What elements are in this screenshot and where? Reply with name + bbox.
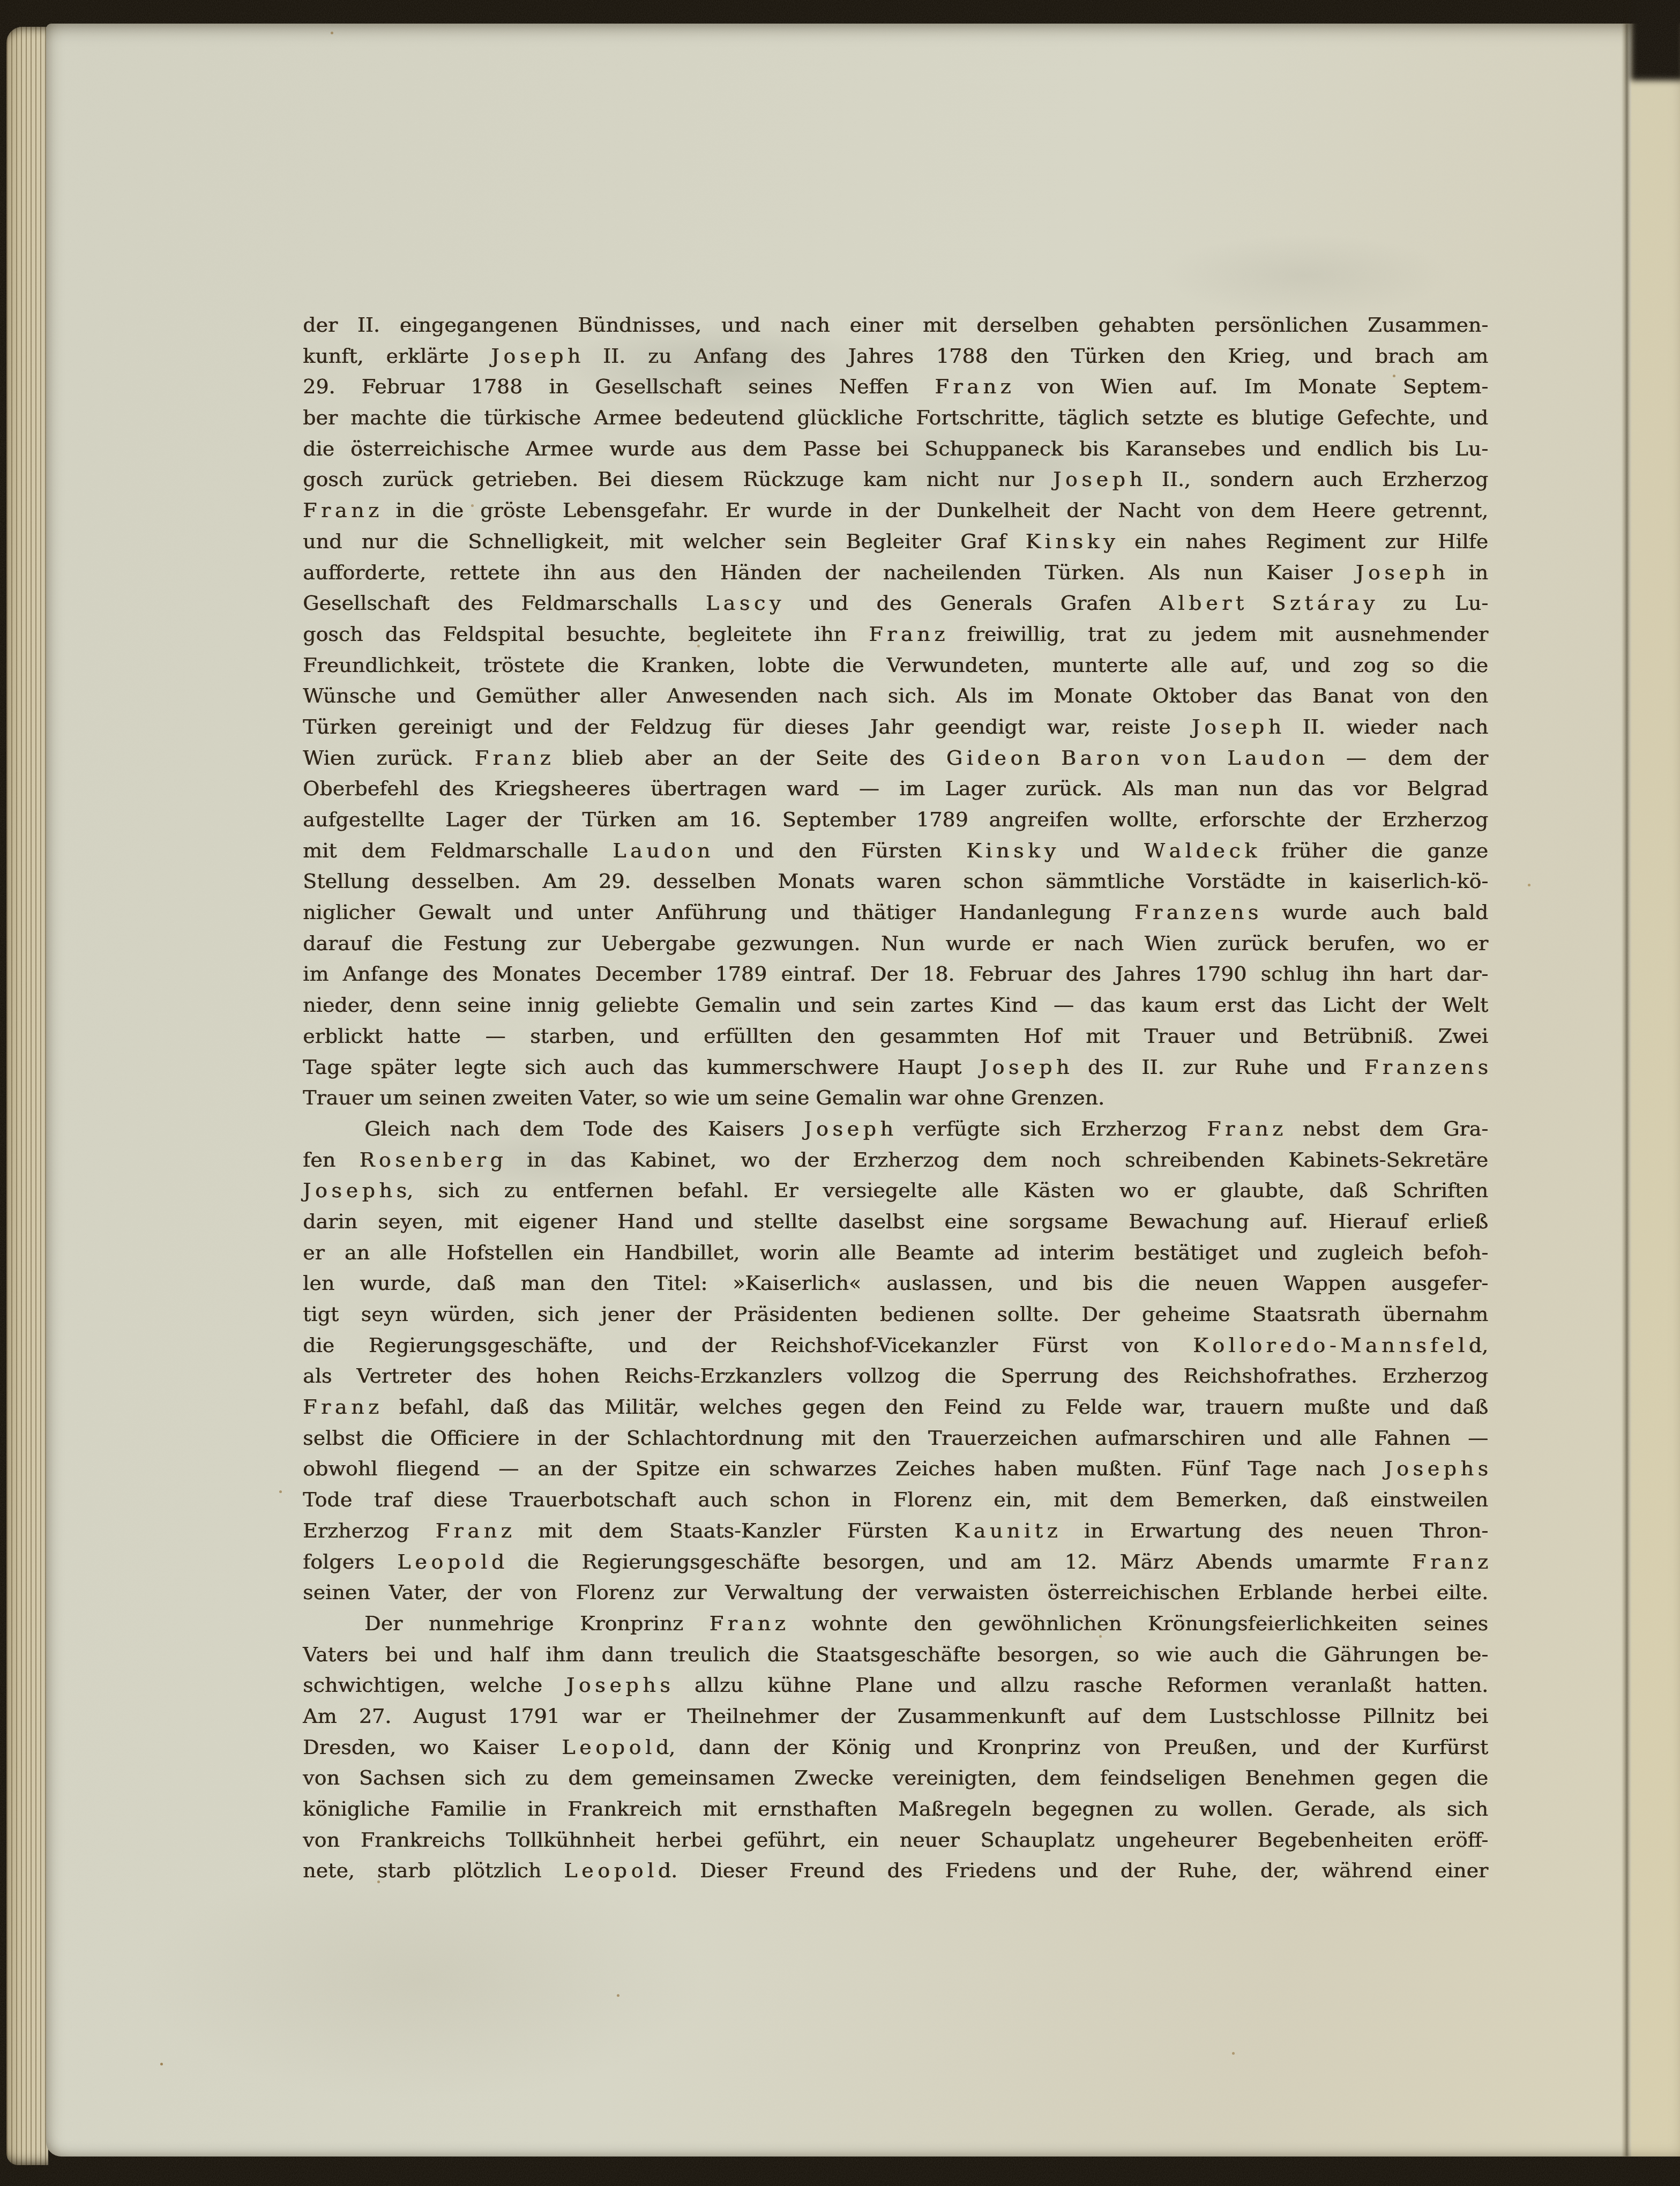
text-line: kunft, erklärte J o s e p h II. zu Anfan… [303, 341, 1488, 372]
text-line: nete, starb plötzlich L e o p o l d. Die… [303, 1855, 1488, 1886]
book-page-edges [6, 27, 48, 2165]
text-line: Der nunmehrige Kronprinz F r a n z wohnt… [303, 1608, 1488, 1639]
text-line: Vaters bei und half ihm dann treulich di… [303, 1639, 1488, 1670]
text-line: ber machte die türkische Armee bedeutend… [303, 402, 1488, 434]
text-line: 29. Februar 1788 in Gesellschaft seines … [303, 371, 1488, 402]
text-line: erblickt hatte — starben, und erfüllten … [303, 1021, 1488, 1052]
text-line: niglicher Gewalt und unter Anführung und… [303, 897, 1488, 928]
text-line: folgers L e o p o l d die Regierungsgesc… [303, 1547, 1488, 1578]
paragraph: der II. eingegangenen Bündnisses, und na… [303, 310, 1488, 1114]
text-line: die Regierungsgeschäfte, und der Reichsh… [303, 1330, 1488, 1361]
text-line: und nur die Schnelligkeit, mit welcher s… [303, 526, 1488, 557]
text-line: aufgestellte Lager der Türken am 16. Sep… [303, 804, 1488, 835]
text-line: J o s e p h s, sich zu entfernen befahl.… [303, 1175, 1488, 1206]
paragraph: Gleich nach dem Tode des Kaisers J o s e… [303, 1114, 1488, 1608]
text-line: selbst die Officiere in der Schlachtordn… [303, 1423, 1488, 1454]
paragraph: Der nunmehrige Kronprinz F r a n z wohnt… [303, 1608, 1488, 1886]
text-line: schwichtigen, welche J o s e p h s allzu… [303, 1670, 1488, 1701]
text-line: Türken gereinigt und der Feldzug für die… [303, 712, 1488, 743]
text-line: F r a n z befahl, daß das Militär, welch… [303, 1392, 1488, 1423]
text-line: mit dem Feldmarschalle L a u d o n und d… [303, 835, 1488, 867]
text-line: Oberbefehl des Kriegsheeres übertragen w… [303, 773, 1488, 804]
text-line: fen R o s e n b e r g in das Kabinet, wo… [303, 1145, 1488, 1176]
text-line: seinen Vater, der von Florenz zur Verwal… [303, 1577, 1488, 1608]
text-line: Wien zurück. F r a n z blieb aber an der… [303, 743, 1488, 774]
text-line: Freundlichkeit, tröstete die Kranken, lo… [303, 650, 1488, 681]
binding-shadow-top-right [1631, 0, 1680, 80]
text-line: er an alle Hofstellen ein Handbillet, wo… [303, 1237, 1488, 1269]
text-line: als Vertreter des hohen Reichs-Erzkanzle… [303, 1361, 1488, 1392]
text-line: aufforderte, rettete ihn aus den Händen … [303, 557, 1488, 588]
text-line: Stellung desselben. Am 29. desselben Mon… [303, 866, 1488, 897]
text-line: Dresden, wo Kaiser L e o p o l d, dann d… [303, 1732, 1488, 1763]
text-line: tigt seyn würden, sich jener der Präside… [303, 1299, 1488, 1330]
text-line: die österreichische Armee wurde aus dem … [303, 434, 1488, 465]
text-line: Gesellschaft des Feldmarschalls L a s c … [303, 588, 1488, 619]
text-line: F r a n z in die gröste Lebensgefahr. Er… [303, 495, 1488, 526]
page-gutter-fold [1622, 24, 1631, 2157]
text-line: Wünsche und Gemüther aller Anwesenden na… [303, 681, 1488, 712]
text-line: darauf die Festung zur Uebergabe gezwung… [303, 928, 1488, 959]
text-line: gosch das Feldspital besuchte, begleitet… [303, 619, 1488, 650]
text-line: gosch zurück getrieben. Bei diesem Rückz… [303, 464, 1488, 495]
text-line: von Sachsen sich zu dem gemeinsamen Zwec… [303, 1763, 1488, 1794]
text-line: der II. eingegangenen Bündnisses, und na… [303, 310, 1488, 341]
text-line: Tage später legte sich auch das kummersc… [303, 1052, 1488, 1083]
text-line: len wurde, daß man den Titel: »Kaiserlic… [303, 1268, 1488, 1299]
adjacent-page-strip [1631, 24, 1680, 2157]
page-text: der II. eingegangenen Bündnisses, und na… [303, 310, 1488, 1886]
text-line: königliche Familie in Frankreich mit ern… [303, 1794, 1488, 1825]
text-line: Erzherzog F r a n z mit dem Staats-Kanzl… [303, 1516, 1488, 1547]
text-line: Gleich nach dem Tode des Kaisers J o s e… [303, 1114, 1488, 1145]
text-line: von Frankreichs Tollkühnheit herbei gefü… [303, 1825, 1488, 1856]
text-line: darin seyen, mit eigener Hand und stellt… [303, 1206, 1488, 1237]
text-line: Tode traf diese Trauerbotschaft auch sch… [303, 1484, 1488, 1516]
text-line: nieder, denn seine innig geliebte Gemali… [303, 990, 1488, 1021]
text-line: Trauer um seinen zweiten Vater, so wie u… [303, 1083, 1488, 1114]
paper-specks [0, 0, 2, 2]
text-line: obwohl fliegend — an der Spitze ein schw… [303, 1453, 1488, 1484]
text-line: Am 27. August 1791 war er Theilnehmer de… [303, 1701, 1488, 1732]
text-line: im Anfange des Monates December 1789 ein… [303, 959, 1488, 990]
